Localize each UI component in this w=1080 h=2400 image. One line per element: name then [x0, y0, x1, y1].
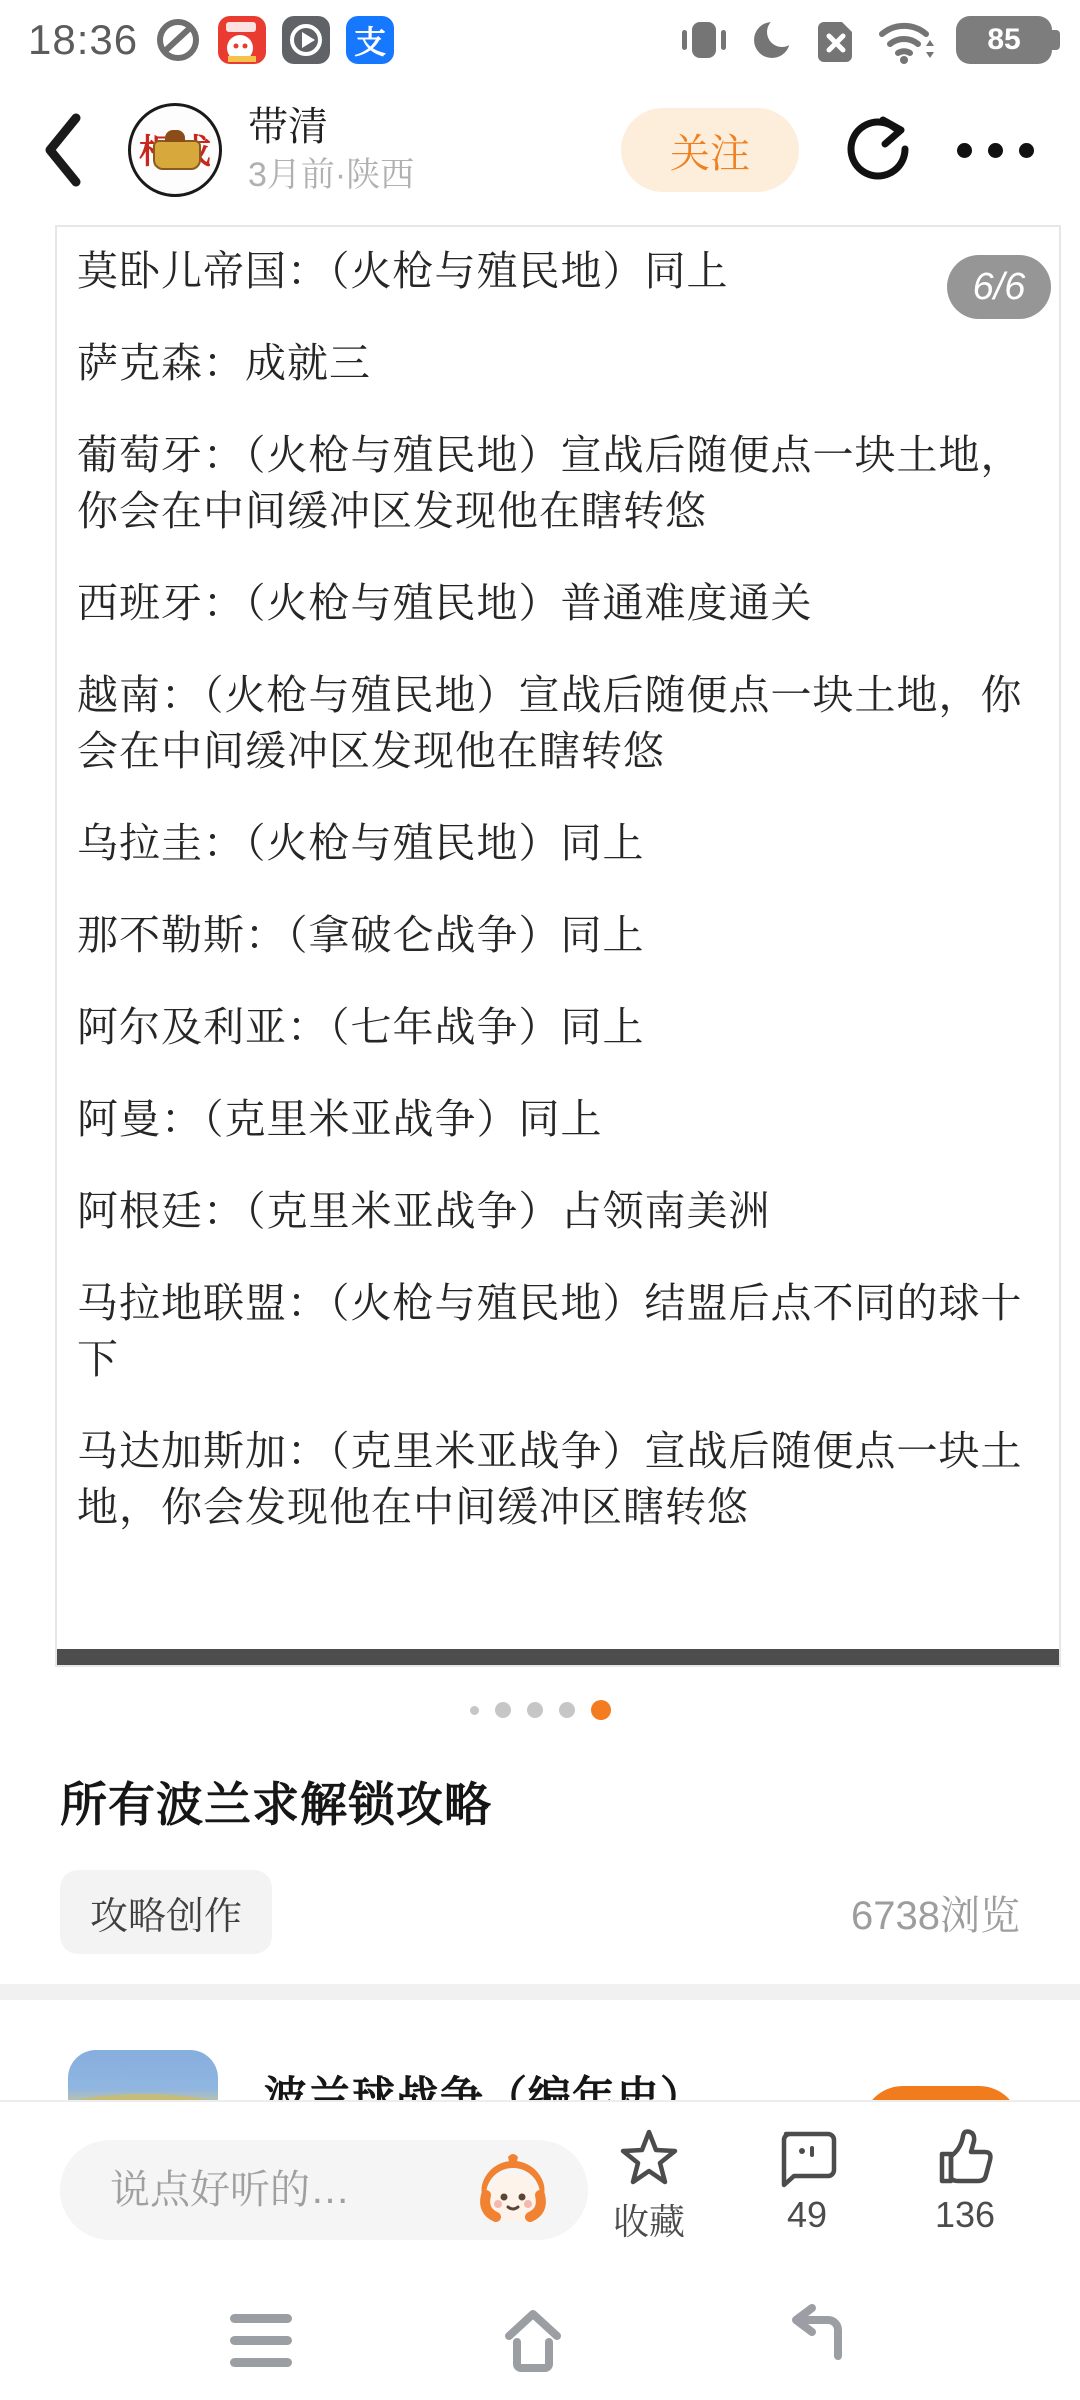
status-bar: 18:36 [0, 0, 1080, 80]
home-icon[interactable] [495, 2302, 571, 2378]
crown-icon [153, 140, 201, 170]
post-header: 相 戎 带清 3月前·陕西 关注 [0, 80, 1080, 220]
clock: 18:36 [28, 16, 138, 64]
recents-menu-icon[interactable] [230, 2314, 292, 2367]
strategy-paragraph: 葡萄牙：（火枪与殖民地）宣战后随便点一块土地，你会在中间缓冲区发现他在瞎转悠 [77, 427, 1037, 539]
browser-icon [154, 16, 202, 64]
alipay-icon: 支 [346, 16, 394, 64]
player-app-icon [282, 16, 330, 64]
share-icon[interactable] [843, 114, 911, 186]
comment-button[interactable]: 49 [728, 2126, 886, 2245]
strategy-text: 莫卧儿帝国：（火枪与殖民地）同上萨克森：成就三葡萄牙：（火枪与殖民地）宣战后随便… [57, 227, 1059, 1535]
carousel-page-badge: 6/6 [947, 255, 1051, 319]
pagination-dot [527, 1702, 543, 1718]
like-button[interactable]: 136 [886, 2126, 1044, 2245]
emoji-icon[interactable] [474, 2151, 552, 2229]
avatar[interactable]: 相 戎 [128, 103, 222, 197]
username[interactable]: 带清 [248, 104, 414, 150]
strategy-paragraph: 莫卧儿帝国：（火枪与殖民地）同上 [77, 243, 1037, 299]
comment-bubble-icon [776, 2126, 838, 2188]
pagination-dot [559, 1702, 575, 1718]
section-divider [0, 1984, 1080, 2000]
strategy-paragraph: 阿根廷：（克里米亚战争）占领南美洲 [77, 1183, 1037, 1239]
carousel-pagination [0, 1686, 1080, 1734]
tag-chip[interactable]: 攻略创作 [60, 1870, 272, 1954]
pagination-dot [495, 1702, 511, 1718]
thumbs-up-icon [934, 2126, 996, 2188]
screen: 18:36 [0, 0, 1080, 2400]
strategy-paragraph: 马拉地联盟：（火枪与殖民地）结盟后点不同的球十下 [77, 1275, 1037, 1387]
wifi-icon [876, 16, 938, 64]
post-title: 所有波兰求解锁攻略 [60, 1768, 1020, 1835]
more-options-icon[interactable] [957, 143, 1034, 158]
image-bottom-strip [57, 1649, 1059, 1665]
strategy-paragraph: 阿曼：（克里米亚战争）同上 [77, 1091, 1037, 1147]
strategy-paragraph: 西班牙：（火枪与殖民地）普通难度通关 [77, 575, 1037, 631]
view-count: 6738浏览 [851, 1884, 1020, 1941]
star-icon [617, 2126, 681, 2188]
pagination-dot-active [591, 1700, 611, 1720]
comment-input-pill[interactable] [60, 2140, 588, 2240]
bottom-action-bar: 收藏 49 136 [0, 2100, 1080, 2280]
post-meta: 3月前·陕西 [248, 156, 414, 195]
follow-button[interactable]: 关注 [621, 108, 799, 192]
pagination-dot [470, 1706, 479, 1715]
strategy-paragraph: 越南：（火枪与殖民地）宣战后随便点一块土地，你会在中间缓冲区发现他在瞎转悠 [77, 667, 1037, 779]
strategy-paragraph: 马达加斯加：（克里米亚战争）宣战后随便点一块土地，你会发现他在中间缓冲区瞎转悠 [77, 1423, 1037, 1535]
vibrate-icon [678, 16, 730, 64]
battery-icon: 85 [956, 16, 1052, 64]
image-carousel[interactable]: 莫卧儿帝国：（火枪与殖民地）同上萨克森：成就三葡萄牙：（火枪与殖民地）宣战后随便… [55, 225, 1061, 1667]
comment-input[interactable] [108, 2167, 442, 2214]
moon-icon [748, 16, 796, 64]
strategy-paragraph: 那不勒斯：（拿破仑战争）同上 [77, 907, 1037, 963]
android-nav-bar [0, 2280, 1080, 2400]
collect-button[interactable]: 收藏 [570, 2126, 728, 2245]
back-nav-icon[interactable] [774, 2302, 850, 2378]
strategy-paragraph: 萨克森：成就三 [77, 335, 1037, 391]
no-sim-icon [814, 16, 858, 64]
red-app-icon [218, 16, 266, 64]
strategy-paragraph: 阿尔及利亚：（七年战争）同上 [77, 999, 1037, 1055]
strategy-paragraph: 乌拉圭：（火枪与殖民地）同上 [77, 815, 1037, 871]
back-icon[interactable] [40, 108, 84, 192]
